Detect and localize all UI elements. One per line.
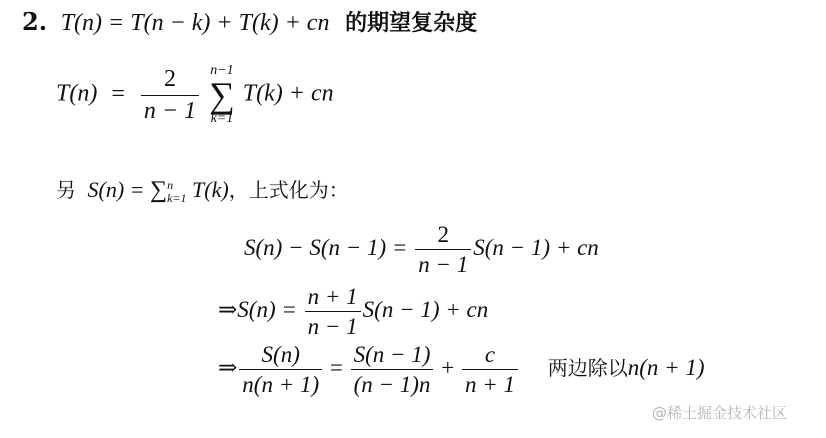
watermark: @稀土掘金技术社区 xyxy=(652,402,787,423)
line3-frac1-num: S(n) xyxy=(259,342,303,369)
definition-limits: nk=1 xyxy=(167,179,186,205)
implies-arrow-icon: ⇒ xyxy=(218,355,237,380)
line3-fraction-2: S(n − 1) (n − 1)n xyxy=(351,342,434,398)
definition-term: T(k) xyxy=(192,177,229,202)
line3-frac2-den: (n − 1)n xyxy=(351,369,434,397)
definition-lhs: S(n) = xyxy=(88,177,145,202)
sigma-icon: ∑ xyxy=(150,177,167,203)
line3-frac1-den: n(n + 1) xyxy=(239,369,322,397)
line1-frac-num: 2 xyxy=(434,222,452,249)
heading-formula: T(n) = T(n − k) + T(k) + cn xyxy=(61,10,330,36)
line3-plus: + xyxy=(441,355,454,380)
eq1-fraction: 2 n − 1 xyxy=(141,66,199,124)
definition-prefix: 另 xyxy=(56,178,76,202)
definition-sum-upper: n xyxy=(167,179,186,192)
line3-note: 两边除以 xyxy=(548,356,628,380)
line2-rhs: S(n − 1) + cn xyxy=(363,297,489,322)
definition-suffix: ，上式化为： xyxy=(229,178,349,202)
sigma-icon: ∑ xyxy=(209,78,235,112)
definition-sum-lower: k=1 xyxy=(167,192,186,205)
line3-frac3-den: n + 1 xyxy=(462,369,518,397)
section-number: 2. xyxy=(22,7,47,36)
eq1-rhs-tail: T(k) + cn xyxy=(243,81,334,107)
eq1-summation: n−1 ∑ k=1 xyxy=(209,64,235,126)
implies-arrow-icon: ⇒ xyxy=(218,297,237,322)
line1-lhs: S(n) − S(n − 1) = xyxy=(244,235,407,260)
definition-line: 另 S(n) = ∑nk=1 T(k)，上式化为： xyxy=(56,174,349,205)
eq1-frac-num: 2 xyxy=(161,66,179,94)
derivation-line-3: ⇒ S(n) n(n + 1) = S(n − 1) (n − 1)n + c … xyxy=(218,342,705,398)
line3-frac3-num: c xyxy=(482,342,498,369)
line1-rhs: S(n − 1) + cn xyxy=(473,235,599,260)
eq1-lhs: T(n) xyxy=(56,81,97,107)
line2-frac-den: n − 1 xyxy=(305,311,361,339)
line2-fraction: n + 1 n − 1 xyxy=(305,284,361,340)
line2-lhs: S(n) = xyxy=(237,297,297,322)
eq1-sum-lower: k=1 xyxy=(211,112,234,126)
line3-fraction-1: S(n) n(n + 1) xyxy=(239,342,322,398)
line3-frac2-num: S(n − 1) xyxy=(351,342,434,369)
line1-frac-den: n − 1 xyxy=(415,249,471,277)
derivation-line-2: ⇒S(n) = n + 1 n − 1 S(n − 1) + cn xyxy=(218,284,488,340)
heading-title: 的期望复杂度 xyxy=(345,11,477,36)
equation-recurrence: T(n) = 2 n − 1 n−1 ∑ k=1 T(k) + cn xyxy=(56,64,334,126)
derivation-line-1: S(n) − S(n − 1) = 2 n − 1 S(n − 1) + cn xyxy=(244,222,599,278)
line1-fraction: 2 n − 1 xyxy=(415,222,471,278)
line3-equals: = xyxy=(330,355,343,380)
line3-fraction-3: c n + 1 xyxy=(462,342,518,398)
line2-frac-num: n + 1 xyxy=(305,284,361,311)
eq1-frac-den: n − 1 xyxy=(141,95,199,124)
line3-note-math: n(n + 1) xyxy=(628,355,705,380)
eq1-equals: = xyxy=(111,81,125,107)
section-heading: 2. T(n) = T(n − k) + T(k) + cn 的期望复杂度 xyxy=(22,6,477,37)
